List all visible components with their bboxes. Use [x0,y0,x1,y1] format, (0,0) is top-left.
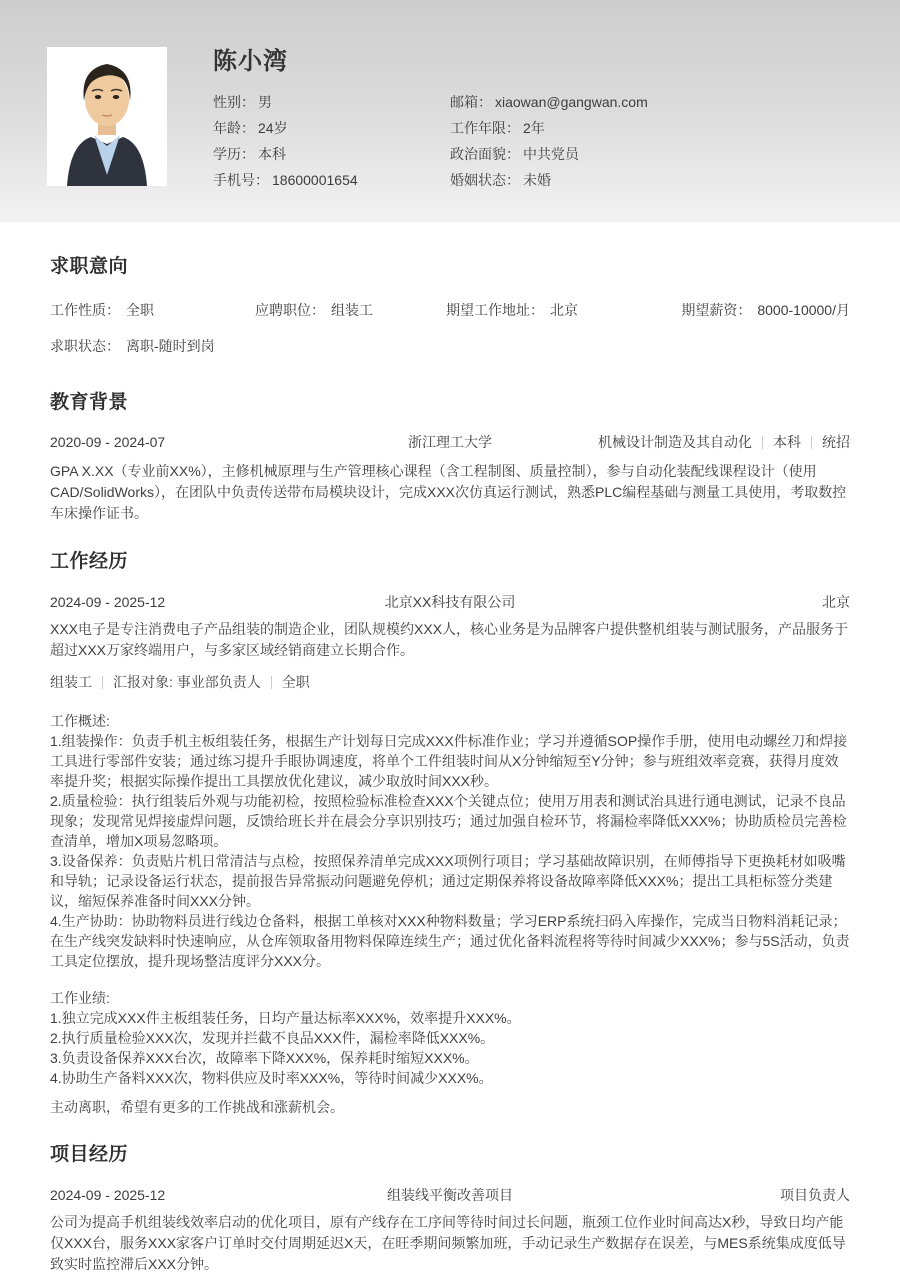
profile-info-left-column: 性别：男 年龄：24岁 学历：本科 手机号：18600001654 [213,89,450,193]
profile-field-political-status: 政治面貌：中共党员 [450,141,850,167]
resume-body: 求职意向 工作性质：全职 应聘职位：组装工 期望工作地址：北京 期望薪资：800… [0,255,900,1275]
field-label: 期望薪资： [681,302,751,318]
work-report-line: 汇报对象: 事业部负责人 [113,672,261,693]
profile-field-work-years: 工作年限：2年 [450,115,850,141]
field-label: 工作性质： [50,302,120,318]
education-school: 浙江理工大学 [50,433,850,451]
profile-field-email: 邮箱：xiaowan@gangwan.com [450,89,850,115]
profile-info-right-column: 邮箱：xiaowan@gangwan.com 工作年限：2年 政治面貌：中共党员… [450,89,850,193]
field-label: 求职状态： [50,338,120,354]
field-value: 8000-10000/月 [757,302,850,318]
job-intention-status: 求职状态：离职-随时到岗 [50,337,215,355]
field-label: 邮箱： [450,94,492,110]
education-entry-row: 2020-09 - 2024-07 浙江理工大学 机械设计制造及其自动化 本科 … [50,433,850,451]
work-position-group: 组装工 汇报对象: 事业部负责人 全职 [50,672,310,693]
section-title-project-experience: 项目经历 [50,1143,850,1167]
divider [271,676,272,689]
work-position-row: 组装工 汇报对象: 事业部负责人 全职 [50,672,850,693]
profile-field-age: 年龄：24岁 [213,115,450,141]
field-value: xiaowan@gangwan.com [495,94,648,110]
field-value: 全职 [126,302,154,318]
field-value: 2年 [523,120,545,136]
field-label: 性别： [213,94,255,110]
profile-field-marital-status: 婚姻状态：未婚 [450,167,850,193]
work-achievements: 工作业绩: 1.独立完成XXX件主板组装任务，日均产量达标率XXX%，效率提升X… [50,988,850,1088]
work-company: 北京XX科技有限公司 [50,593,850,611]
field-label: 政治面貌： [450,146,520,162]
section-title-job-intention: 求职意向 [50,255,850,279]
section-title-work-experience: 工作经历 [50,550,850,574]
project-entry-row: 2024-09 - 2025-12 组装线平衡改善项目 项目负责人 [50,1186,850,1204]
job-intention-work-type: 工作性质：全职 [50,301,255,319]
profile-info-grid: 性别：男 年龄：24岁 学历：本科 手机号：18600001654 邮箱：xia… [213,89,850,193]
field-value: 未婚 [523,172,551,188]
job-intention-row-1: 工作性质：全职 应聘职位：组装工 期望工作地址：北京 期望薪资：8000-100… [50,301,850,319]
work-overview: 工作概述: 1.组装操作：负责手机主板组装任务，根据生产计划每日完成XXX件标准… [50,711,850,971]
work-entry-row: 2024-09 - 2025-12 北京XX科技有限公司 北京 [50,593,850,611]
section-title-education: 教育背景 [50,391,850,415]
work-position: 组装工 [50,672,92,693]
field-label: 期望工作地址： [446,302,544,318]
field-value: 离职-随时到岗 [126,338,215,354]
profile-field-education: 学历：本科 [213,141,450,167]
education-description: GPA X.XX（专业前XX%），主修机械原理与生产管理核心课程（含工程制图、质… [50,461,850,524]
profile-field-gender: 性别：男 [213,89,450,115]
field-label: 婚姻状态： [450,172,520,188]
profile-field-phone: 手机号：18600001654 [213,167,450,193]
work-company-intro: XXX电子是专注消费电子产品组装的制造企业，团队规模约XXX人，核心业务是为品牌… [50,619,850,661]
field-value: 北京 [550,302,578,318]
profile-photo [47,47,167,186]
job-intention-position: 应聘职位：组装工 [255,301,446,319]
person-portrait-icon [47,47,167,186]
candidate-name: 陈小湾 [213,47,850,77]
field-label: 年龄： [213,120,255,136]
job-intention-salary: 期望薪资：8000-10000/月 [674,301,850,319]
job-intention-location: 期望工作地址：北京 [446,301,674,319]
work-leave-note: 主动离职，希望有更多的工作挑战和涨薪机会。 [50,1097,850,1117]
field-value: 24岁 [258,120,288,136]
field-value: 18600001654 [272,172,358,188]
field-label: 应聘职位： [255,302,325,318]
project-description: 公司为提高手机组装线效率启动的优化项目，原有产线存在工序间等待时间过长问题，瓶颈… [50,1212,850,1275]
field-value: 本科 [258,146,286,162]
project-name: 组装线平衡改善项目 [50,1186,850,1204]
field-label: 学历： [213,146,255,162]
profile-summary: 陈小湾 性别：男 年龄：24岁 学历：本科 手机号：18600001654 邮箱… [213,47,850,222]
resume-header: 陈小湾 性别：男 年龄：24岁 学历：本科 手机号：18600001654 邮箱… [0,0,900,222]
field-value: 中共党员 [523,146,579,162]
field-value: 组装工 [331,302,373,318]
field-label: 手机号： [213,172,269,188]
job-intention-row-2: 求职状态：离职-随时到岗 [50,337,850,355]
divider [102,676,103,689]
field-value: 男 [258,94,272,110]
field-label: 工作年限： [450,120,520,136]
work-employment-type: 全职 [282,672,310,693]
